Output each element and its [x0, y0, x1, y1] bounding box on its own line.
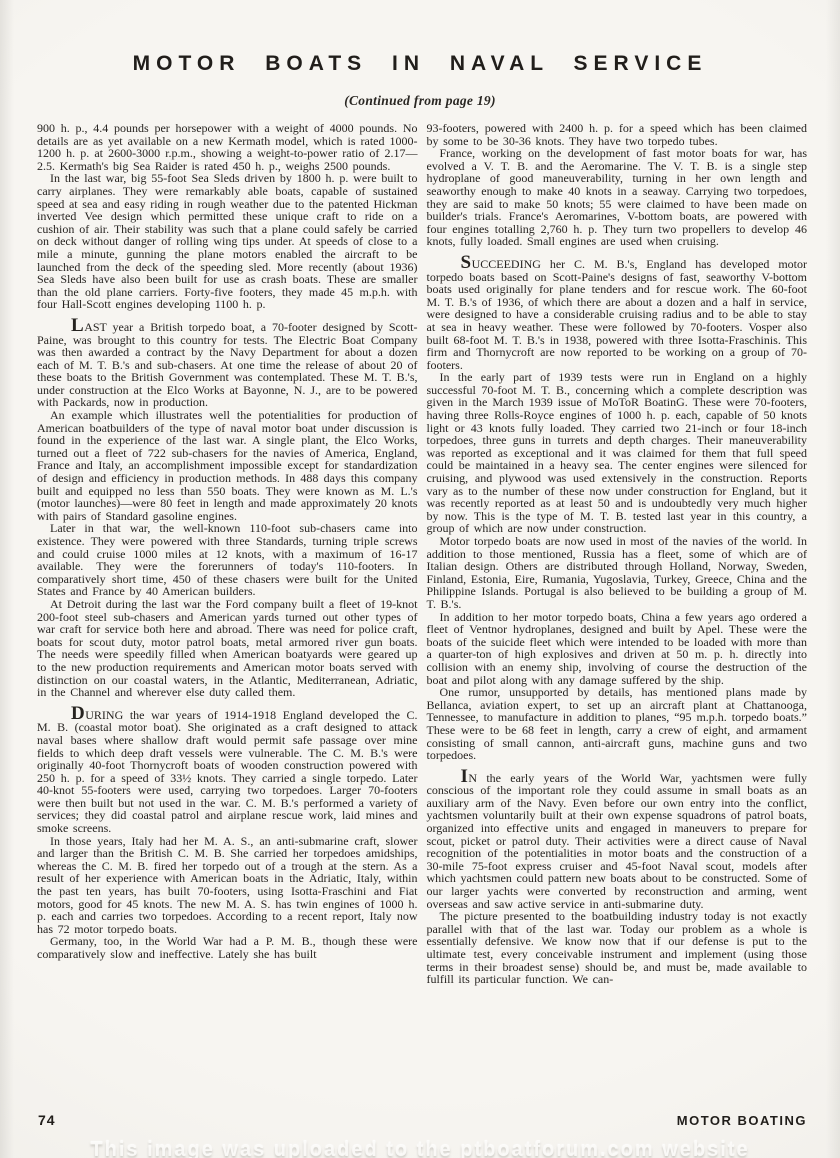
scan-edge-left	[0, 0, 14, 1158]
paragraph: Later in that war, the well-known 110-fo…	[37, 522, 418, 598]
paragraph: DURING the war years of 1914-1918 Englan…	[37, 709, 418, 835]
paragraph: IN the early years of the World War, yac…	[427, 772, 808, 911]
page-header: MOTOR BOATS IN NAVAL SERVICE (Continued …	[0, 0, 840, 109]
magazine-name: MOTOR BOATING	[677, 1113, 807, 1128]
initial-capital: L	[71, 315, 84, 336]
paragraph: SUCCEEDING her C. M. B.'s, England has d…	[427, 258, 808, 371]
initial-capital: D	[71, 703, 85, 724]
paragraph: In addition to her motor torpedo boats, …	[427, 611, 808, 687]
magazine-page: MOTOR BOATS IN NAVAL SERVICE (Continued …	[0, 0, 840, 1158]
initial-capital: S	[461, 252, 472, 273]
paragraph: In the early part of 1939 tests were run…	[427, 371, 808, 535]
paragraph: At Detroit during the last war the Ford …	[37, 598, 418, 699]
right-column: 93-footers, powered with 2400 h. p. for …	[427, 122, 808, 986]
watermark-text: This image was uploaded to the ptboatfor…	[0, 1139, 840, 1158]
paragraph: An example which illustrates well the po…	[37, 409, 418, 522]
left-column: 900 h. p., 4.4 pounds per horsepower wit…	[37, 122, 418, 986]
paragraph: Germany, too, in the World War had a P. …	[37, 935, 418, 960]
initial-capital: I	[461, 766, 469, 787]
paragraph: Motor torpedo boats are now used in most…	[427, 535, 808, 611]
paragraph: 900 h. p., 4.4 pounds per horsepower wit…	[37, 122, 418, 172]
paragraph: France, working on the development of fa…	[427, 147, 808, 248]
article-body: 900 h. p., 4.4 pounds per horsepower wit…	[37, 122, 807, 986]
paragraph: In the last war, big 55-foot Sea Sleds d…	[37, 172, 418, 311]
paragraph: LAST year a British torpedo boat, a 70-f…	[37, 321, 418, 409]
page-footer: 74 MOTOR BOATING	[0, 1112, 840, 1128]
paragraph: One rumor, unsupported by details, has m…	[427, 686, 808, 762]
paragraph: The picture presented to the boatbuildin…	[427, 910, 808, 986]
continued-from-note: (Continued from page 19)	[0, 93, 840, 109]
scan-edge-right	[826, 0, 840, 1158]
page-title: MOTOR BOATS IN NAVAL SERVICE	[0, 52, 840, 76]
paragraph: In those years, Italy had her M. A. S., …	[37, 835, 418, 936]
paragraph: 93-footers, powered with 2400 h. p. for …	[427, 122, 808, 147]
page-number: 74	[38, 1112, 56, 1128]
